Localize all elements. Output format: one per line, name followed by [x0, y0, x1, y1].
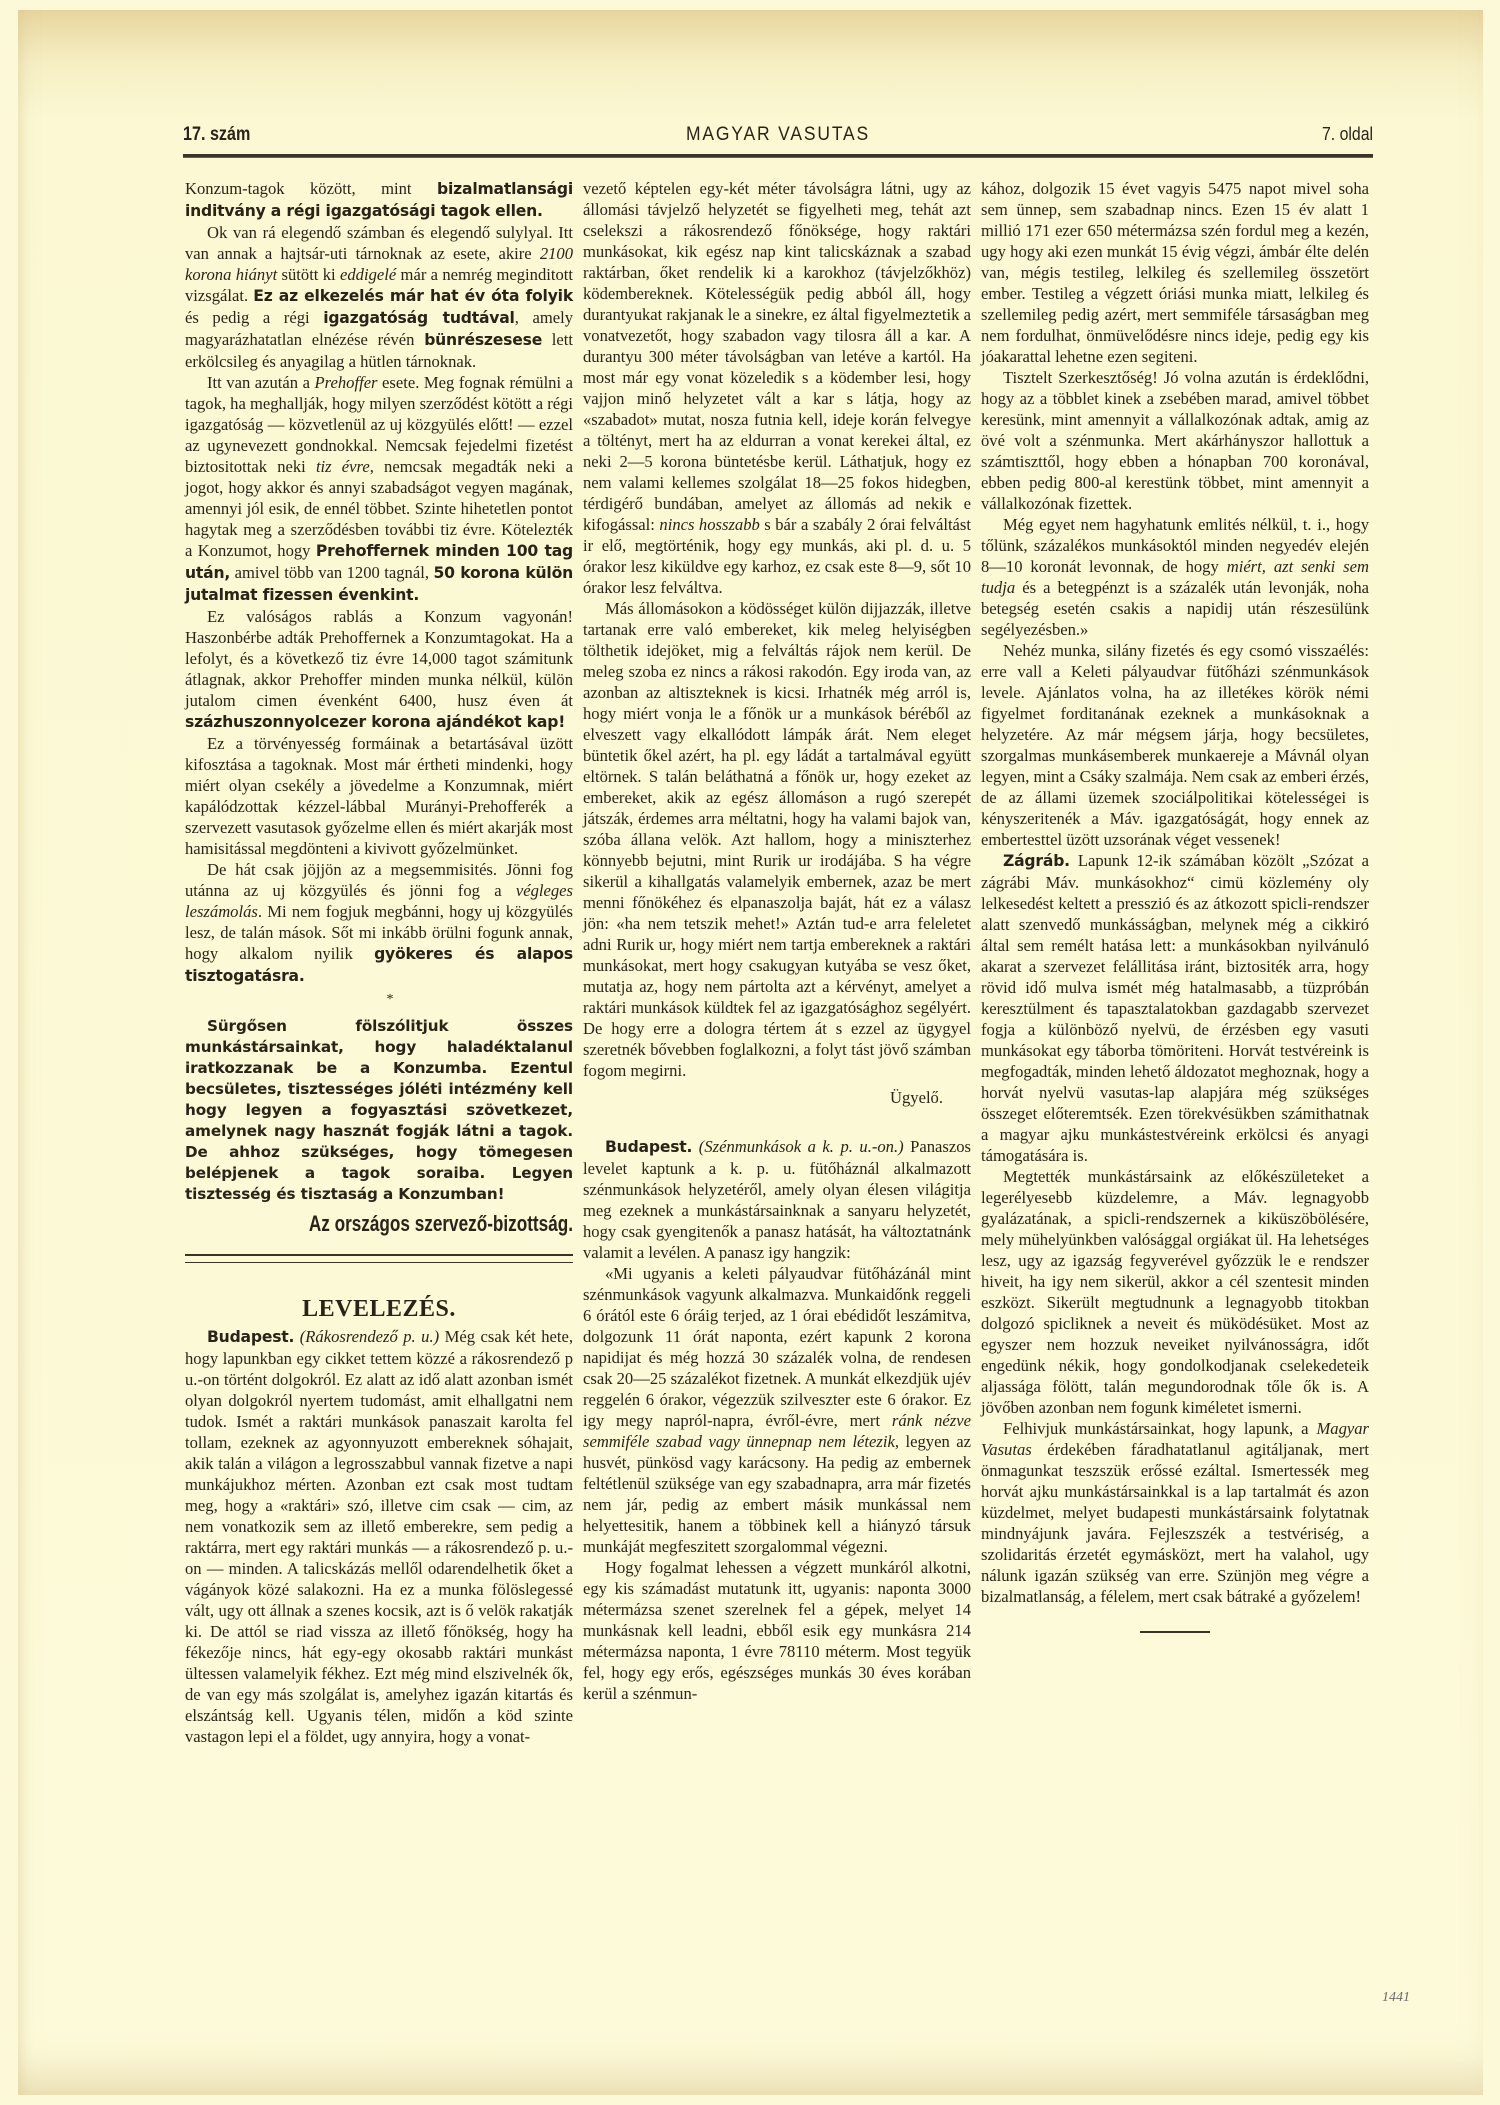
appeal-notice: Sürgősen fölszólitjuk összes munkástársa… — [185, 1016, 573, 1205]
paragraph: Felhivjuk munkástársainkat, hogy lapunk,… — [981, 1418, 1369, 1607]
newspaper-page: 17. szám MAGYAR VASUTAS 7. oldal Konzum-… — [18, 10, 1483, 2095]
page-number: 7. oldal — [1322, 124, 1373, 145]
letter-rakosrendezo: Budapest. (Rákosrendező p. u.) Még csak … — [185, 1326, 573, 1747]
paragraph: Konzum-tagok között, mint bizalmatlanság… — [185, 178, 573, 222]
letter-signature: Ügyelő. — [583, 1087, 943, 1108]
handwritten-margin-note: 1441 — [1382, 1990, 1410, 2006]
paragraph: vezető képtelen egy-két méter távolságra… — [583, 178, 971, 598]
committee-signature: Az országos szervező-bizottság. — [270, 1213, 573, 1234]
quoted-letter: Hogy fogalmat lehessen a végzett munkáró… — [583, 1557, 971, 1704]
paragraph: Még egyet nem hagyhatunk emlités nélkül,… — [981, 514, 1369, 640]
paragraph: kához, dolgozik 15 évet vagyis 5475 napo… — [981, 178, 1369, 367]
paragraph: Tisztelt Szerkesztőség! Jó volna azután … — [981, 367, 1369, 514]
paragraph: Más állomásokon a ködösséget külön dijja… — [583, 598, 971, 1081]
end-rule — [1140, 1631, 1210, 1633]
paragraph: Nehéz munka, silány fizetés és egy csomó… — [981, 640, 1369, 850]
paragraph: Itt van azután a Prehoffer esete. Meg fo… — [185, 372, 573, 606]
paragraph: De hát csak jöjjön az a megsemmisités. J… — [185, 859, 573, 987]
section-divider — [185, 1254, 573, 1263]
letter-zagrab: Zágráb. Lapunk 12-ik számában közölt „Sz… — [981, 850, 1369, 1166]
quoted-letter: «Mi ugyanis a keleti pályaudvar fütőházá… — [583, 1263, 971, 1557]
letter-szenmunkasok: Budapest. (Szénmunkások a k. p. u.-on.) … — [583, 1136, 971, 1263]
section-title-levelezes: LEVELEZÉS. — [185, 1299, 573, 1320]
column-3: kához, dolgozik 15 évet vagyis 5475 napo… — [981, 178, 1369, 1633]
newspaper-title: MAGYAR VASUTAS — [231, 124, 1326, 146]
column-1: Konzum-tagok között, mint bizalmatlanság… — [185, 178, 573, 1747]
asterisk-divider: * — [185, 989, 573, 1010]
paragraph: Megtették munkástársaink az előkészülete… — [981, 1166, 1369, 1418]
page-header: 17. szám MAGYAR VASUTAS 7. oldal — [183, 120, 1373, 160]
paragraph: Ez a törvényesség formáinak a betartásáv… — [185, 733, 573, 859]
column-2: vezető képtelen egy-két méter távolságra… — [583, 178, 971, 1704]
paragraph: Ok van rá elegendő számban és elegendő s… — [185, 222, 573, 372]
paragraph: Ez valóságos rablás a Konzum vagyonán! H… — [185, 606, 573, 733]
header-rule — [183, 154, 1373, 158]
